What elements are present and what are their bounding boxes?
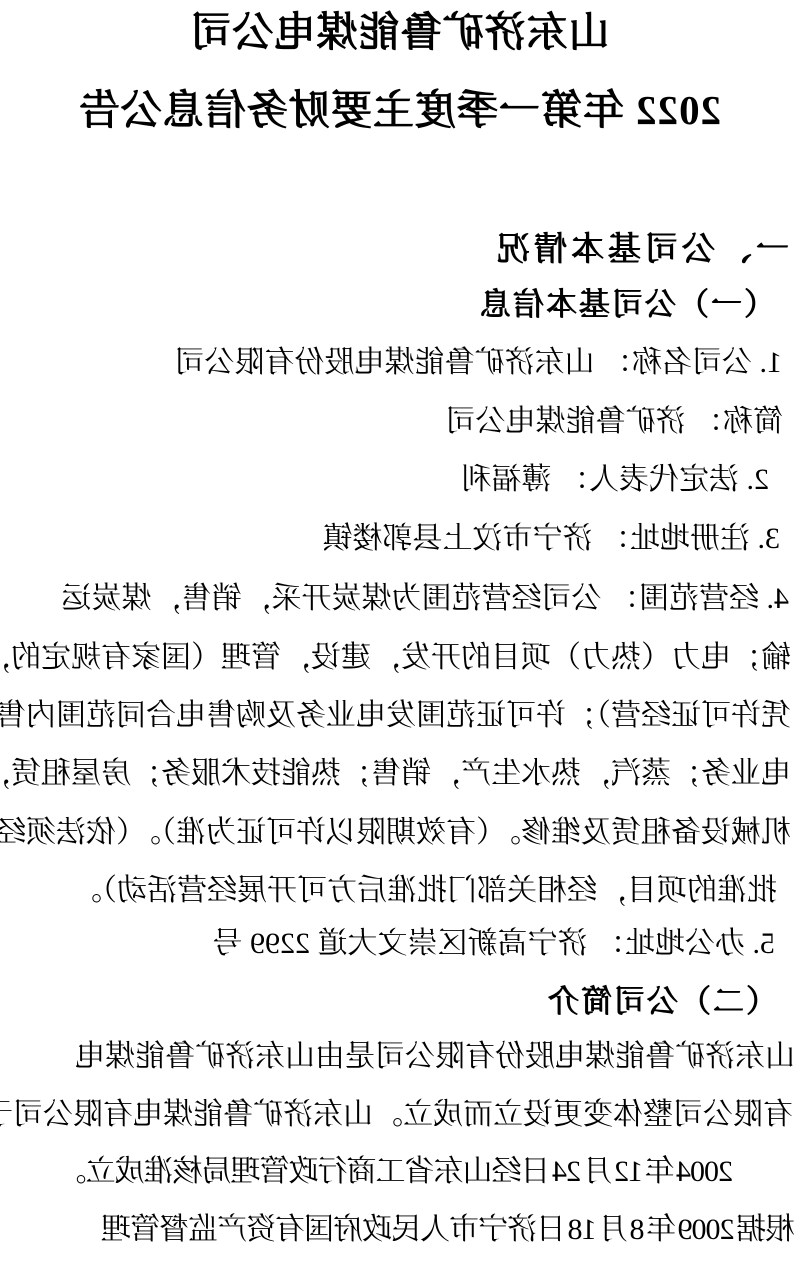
registered-address-line: 3. 注册地址： 济宁市汶上县郭楼镇	[323, 518, 781, 560]
company-intro-line-2: 有限公司整体变更设立而成立。山东济矿鲁能煤电有限公司于	[0, 1094, 793, 1136]
business-scope-line-2: 输；电力（热力）项目的开发，建设，管理（国家有规定的，	[0, 637, 791, 679]
doc-title-line-1: 山东济矿鲁能煤电公司	[0, 6, 799, 58]
subsection-2-heading: （二）公司简介	[546, 981, 777, 1023]
section-1-heading: 一、公司基本情况	[493, 228, 789, 272]
legal-representative-line: 2. 法定代表人： 薄福利	[462, 459, 770, 501]
subsection-1-heading: （一）公司基本信息	[478, 284, 775, 326]
business-scope-line-4: 电业务；蒸汽，热水生产，销售；热能技术服务；房屋租赁，	[0, 753, 791, 795]
doc-title-line-2: 2022 年第一季度主要财务信息公告	[0, 84, 799, 136]
business-scope-line-1: 4. 经营范围： 公司经营范围为煤炭开采，销售，煤炭运	[62, 578, 790, 620]
company-intro-line-3: 2004 年 12 月 24 日经山东省工商行政管理局核准成立。	[58, 1151, 734, 1193]
company-intro-line-1: 山东济矿鲁能煤电股份有限公司是由山东济矿鲁能煤电	[75, 1036, 795, 1078]
company-name-line: 1. 公司名称： 山东济矿鲁能煤电股份有限公司	[175, 342, 783, 384]
business-scope-line-5: 机械设备租赁及维修。（有效期限以许可证为准）。（依法须经	[0, 812, 791, 854]
business-scope-line-6: 批准的项目，经相关部门批准后方可开展经营活动）。	[72, 870, 777, 912]
business-scope-line-3: 凭许可证经营）；许可证范围发电业务及购售电合同范围内售	[0, 695, 791, 737]
company-intro-line-4: 根据 2009 年 8 月 18 日济宁市人民政府国有资产监督管理	[102, 1209, 795, 1251]
company-shortname-line: 简称： 济矿鲁能煤电公司	[446, 401, 784, 443]
document-page: 山东济矿鲁能煤电公司 2022 年第一季度主要财务信息公告 一、公司基本情况 （…	[0, 0, 799, 1262]
office-address-line: 5. 办公地址： 济宁高新区崇文大道 2299 号	[213, 923, 776, 965]
